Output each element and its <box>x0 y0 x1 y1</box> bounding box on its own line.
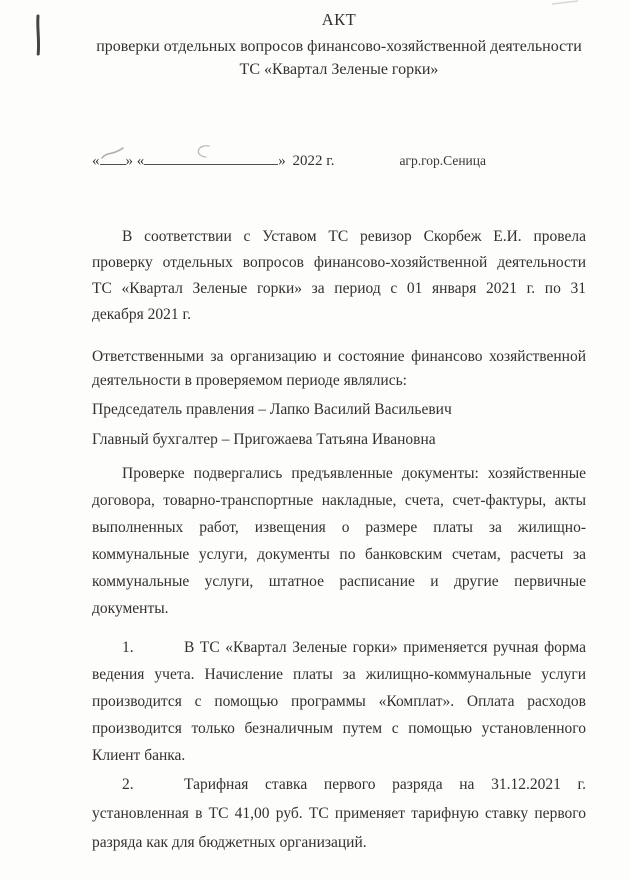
paragraph-line: В соответствии с Уставом ТС ревизор Скор… <box>92 224 586 250</box>
handwritten-month-mark <box>186 142 218 163</box>
document-subtitle-line: ТС «Квартал Зеленые горки» <box>92 58 586 81</box>
item-line-text: Тарифная ставка первого разряда на 31.12… <box>184 776 586 793</box>
item-number: 1. <box>122 634 184 661</box>
ink-stroke-mark <box>30 12 50 58</box>
item-number: 2. <box>122 770 184 799</box>
numbered-item-2: 2.Тарифная ставка первого разряда на 31.… <box>92 770 586 857</box>
document-page: АКТ проверки отдельных вопросов финансов… <box>0 0 629 880</box>
paragraph-line: договора, товарно-транспортные накладные… <box>92 487 586 514</box>
handwritten-day-mark <box>99 145 127 162</box>
responsible-person-line: Главный бухгалтер – Пригожаева Татьяна И… <box>92 430 586 450</box>
document-place: агр.гор.Сеница <box>399 151 486 171</box>
paragraph-line: 2.Тарифная ставка первого разряда на 31.… <box>92 770 586 799</box>
paragraph-line: документы. <box>92 595 586 622</box>
paragraph-line: Клиент банка. <box>92 742 586 769</box>
corner-smudge-mark <box>550 0 582 6</box>
numbered-item-1: 1.В ТС «Квартал Зеленые горки» применяет… <box>92 634 586 769</box>
intro-paragraph: В соответствии с Уставом ТС ревизор Скор… <box>92 224 586 328</box>
date-month-quote-close: » <box>278 153 286 169</box>
document-subtitle: проверки отдельных вопросов финансово-хо… <box>92 35 586 81</box>
paragraph-line: коммунальные услуги, документы по банков… <box>92 541 586 568</box>
date-year: 2022 г. <box>293 153 335 169</box>
paragraph-line: установленная в ТС 41,00 руб. ТС применя… <box>92 799 586 828</box>
documents-paragraph: Проверке подвергались предъявленные доку… <box>92 460 586 622</box>
paragraph-line: производится с помощью программы «Компла… <box>92 688 586 715</box>
paragraph-line: ведения учета. Начисление платы за жилищ… <box>92 661 586 688</box>
paragraph-line: деятельности в проверяемом периоде являл… <box>92 369 586 393</box>
responsible-person-line: Председатель правления – Лапко Василий В… <box>92 400 586 420</box>
paragraph-line: проверку отдельных вопросов финансово-хо… <box>92 250 586 276</box>
paragraph-line: производится только безналичным путем с … <box>92 715 586 742</box>
paragraph-line: коммунальные услуги, штатное расписание … <box>92 568 586 595</box>
date-month-quote-open: « <box>137 153 145 169</box>
document-subtitle-line: проверки отдельных вопросов финансово-хо… <box>92 35 586 58</box>
paragraph-line: декабря 2021 г. <box>92 302 586 328</box>
paragraph-line: 1.В ТС «Квартал Зеленые горки» применяет… <box>92 634 586 661</box>
responsible-intro-paragraph: Ответственными за организацию и состояни… <box>92 345 586 393</box>
paragraph-line: Ответственными за организацию и состояни… <box>92 345 586 369</box>
item-line-text: В ТС «Квартал Зеленые горки» применяется… <box>184 639 586 656</box>
paragraph-line: разряда как для бюджетных организаций. <box>92 828 586 857</box>
paragraph-line: ТС «Квартал Зеленые горки» за период с 0… <box>92 276 586 302</box>
paragraph-line: Проверке подвергались предъявленные доку… <box>92 460 586 487</box>
paragraph-line: выполненных работ, извещения о размере п… <box>92 514 586 541</box>
date-line: «» «» 2022 г. агр.гор.Сеница <box>92 151 586 171</box>
document-title: АКТ <box>92 10 586 30</box>
